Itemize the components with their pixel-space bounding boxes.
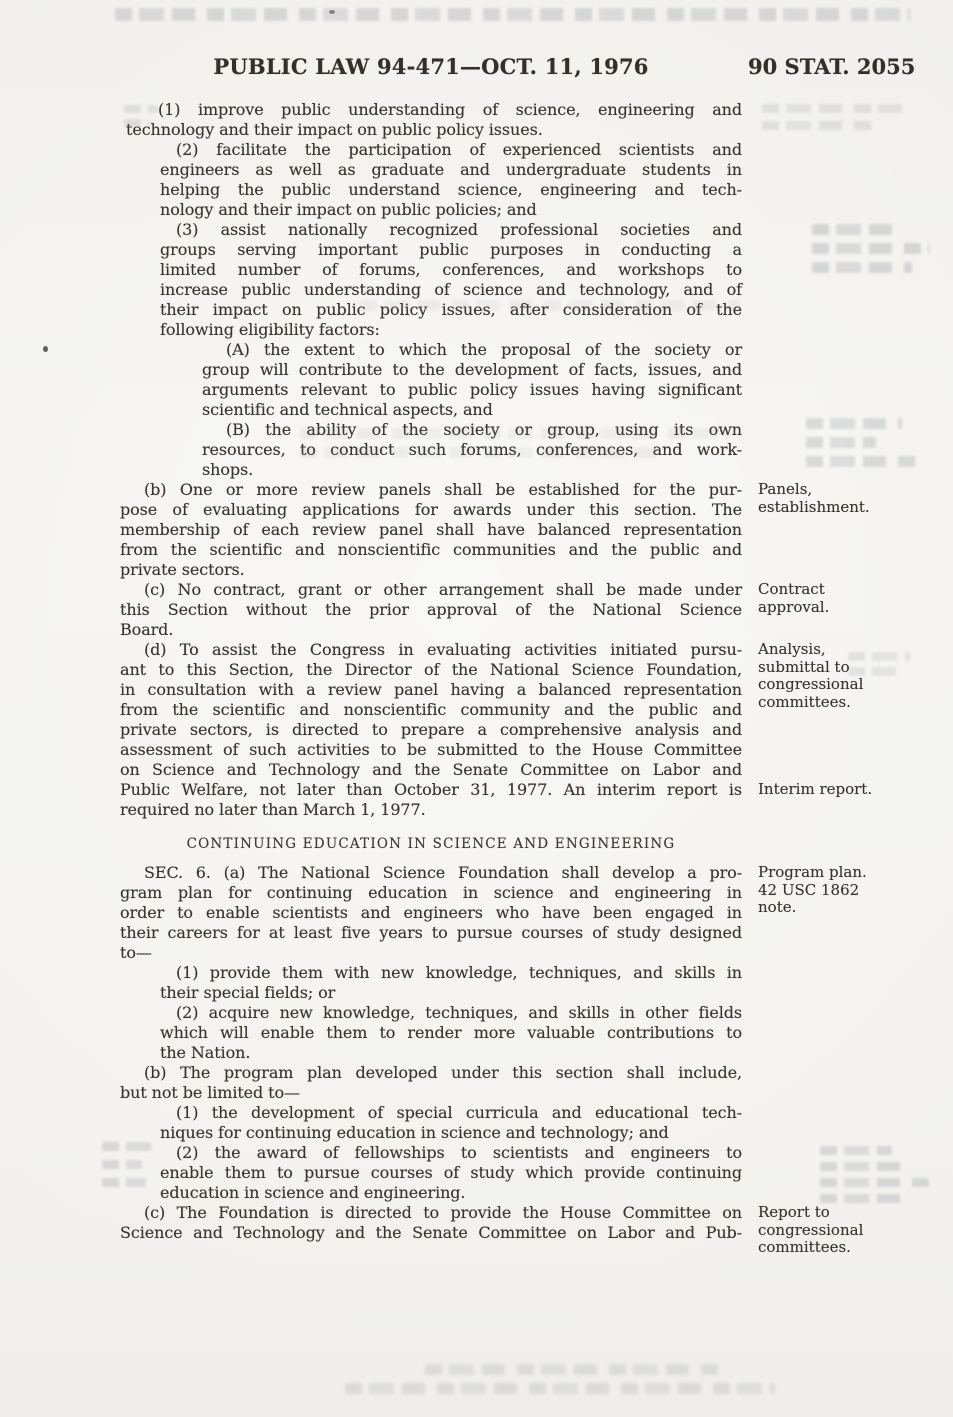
subsection-6c: (c) The Foundation is directed to provid… — [120, 1203, 742, 1243]
text-line: the Nation. — [160, 1043, 742, 1063]
margin-note: Program plan.42 USC 1862note. — [758, 864, 933, 917]
text-line: on Science and Technology and the Senate… — [120, 760, 742, 780]
bleedthrough-text-body-1 — [360, 300, 740, 319]
text-line: gram plan for continuing education in sc… — [120, 883, 742, 903]
margin-note-line: committees. — [758, 694, 933, 712]
text-line: arguments relevant to public policy issu… — [202, 380, 742, 400]
bleedthrough-text-right-margin-4 — [820, 1146, 930, 1211]
text-line: order to enable scientists and engineers… — [120, 903, 742, 923]
text-line: from the scientific and nonscientific co… — [120, 540, 742, 560]
text-line: increase public understanding of science… — [160, 280, 742, 300]
margin-note-line: establishment. — [758, 499, 933, 517]
bleedthrough-text-right-margin-1 — [812, 224, 930, 281]
text-line: pose of evaluating applications for awar… — [120, 500, 742, 520]
clause-6b-2: (2) the award of fellowships to scientis… — [160, 1143, 742, 1203]
text-line: private sectors. — [120, 560, 742, 580]
margin-note: Panels,establishment. — [758, 481, 933, 516]
text-line: to— — [120, 943, 742, 963]
text-line: Science and Technology and the Senate Co… — [120, 1223, 742, 1243]
statute-page-scan: PUBLIC LAW 94-471—OCT. 11, 1976 90 STAT.… — [0, 0, 953, 1417]
bleedthrough-text-left-margin — [102, 1142, 152, 1195]
text-line: (1) improve public understanding of scie… — [126, 100, 742, 120]
scan-speck — [329, 10, 335, 14]
text-line: which will enable them to render more va… — [160, 1023, 742, 1043]
page-title: PUBLIC LAW 94-471—OCT. 11, 1976 — [120, 54, 742, 79]
clause-6a-1: (1) provide them with new knowledge, tec… — [160, 963, 742, 1003]
bleedthrough-text-left-top — [124, 105, 158, 135]
subsection-d: (d) To assist the Congress in evaluating… — [120, 640, 742, 820]
bleedthrough-text-top — [115, 8, 910, 29]
margin-note-line: Program plan. — [758, 864, 933, 882]
bleedthrough-text-right-top — [762, 104, 902, 138]
text-line: (d) To assist the Congress in evaluating… — [120, 640, 742, 660]
text-line: (2) the award of fellowships to scientis… — [160, 1143, 742, 1163]
margin-note-line: 42 USC 1862 — [758, 882, 933, 900]
text-line: (b) The program plan developed under thi… — [120, 1063, 742, 1083]
clause-1: (1) improve public understanding of scie… — [126, 100, 742, 140]
text-line: (b) One or more review panels shall be e… — [120, 480, 742, 500]
margin-note-line: congressional — [758, 1222, 933, 1240]
text-line: their careers for at least five years to… — [120, 923, 742, 943]
text-line: (2) facilitate the participation of expe… — [160, 140, 742, 160]
text-line: engineers as well as graduate and underg… — [160, 160, 742, 180]
text-line: (2) acquire new knowledge, techniques, a… — [160, 1003, 742, 1023]
text-line: (1) the development of special curricula… — [160, 1103, 742, 1123]
margin-note-line: Panels, — [758, 481, 933, 499]
body-text-column: (1) improve public understanding of scie… — [120, 100, 742, 1243]
margin-note-line: committees. — [758, 1239, 933, 1257]
clause-6b-1: (1) the development of special curricula… — [160, 1103, 742, 1143]
text-line: (A) the extent to which the proposal of … — [202, 340, 742, 360]
text-line: assessment of such activities to be subm… — [120, 740, 742, 760]
text-line: limited number of forums, conferences, a… — [160, 260, 742, 280]
statute-citation: 90 STAT. 2055 — [748, 54, 928, 79]
text-line: from the scientific and nonscientific co… — [120, 700, 742, 720]
text-line: nology and their impact on public polici… — [160, 200, 742, 220]
margin-note: Report tocongressionalcommittees. — [758, 1204, 933, 1257]
text-line: SEC. 6. (a) The National Science Foundat… — [120, 863, 742, 883]
subclause-A: (A) the extent to which the proposal of … — [202, 340, 742, 420]
text-line: enable them to pursue courses of study w… — [160, 1163, 742, 1183]
subsection-c: (c) No contract, grant or other arrangem… — [120, 580, 742, 640]
margin-note: Contractapproval. — [758, 581, 933, 616]
text-line: required no later than March 1, 1977. — [120, 800, 742, 820]
text-line: Public Welfare, not later than October 3… — [120, 780, 742, 800]
subsection-b: (b) One or more review panels shall be e… — [120, 480, 742, 580]
clause-6a-2: (2) acquire new knowledge, techniques, a… — [160, 1003, 742, 1063]
text-line: Board. — [120, 620, 742, 640]
text-line: group will contribute to the development… — [202, 360, 742, 380]
section-heading: CONTINUING EDUCATION IN SCIENCE AND ENGI… — [120, 834, 742, 854]
text-line: (c) No contract, grant or other arrangem… — [120, 580, 742, 600]
text-line: technology and their impact on public po… — [126, 120, 742, 140]
bleedthrough-text-right-margin-3 — [848, 652, 910, 684]
text-line: groups serving important public purposes… — [160, 240, 742, 260]
clause-3: (3) assist nationally recognized profess… — [160, 220, 742, 340]
section-heading-text: CONTINUING EDUCATION IN SCIENCE AND ENGI… — [120, 834, 742, 854]
margin-note-line: Interim report. — [758, 781, 933, 799]
text-line: membership of each review panel shall ha… — [120, 520, 742, 540]
text-line: but not be limited to— — [120, 1083, 742, 1103]
text-line: (3) assist nationally recognized profess… — [160, 220, 742, 240]
text-line: helping the public understand science, e… — [160, 180, 742, 200]
text-line: this Section without the prior approval … — [120, 600, 742, 620]
margin-note-line: approval. — [758, 599, 933, 617]
text-line: their special fields; or — [160, 983, 742, 1003]
text-line: private sectors, is directed to prepare … — [120, 720, 742, 740]
text-line: ant to this Section, the Director of the… — [120, 660, 742, 680]
text-line: (c) The Foundation is directed to provid… — [120, 1203, 742, 1223]
subsection-6b: (b) The program plan developed under thi… — [120, 1063, 742, 1103]
text-line: scientific and technical aspects, and — [202, 400, 742, 420]
text-line: following eligibility factors: — [160, 320, 742, 340]
text-line: niques for continuing education in scien… — [160, 1123, 742, 1143]
text-line: education in science and engineering. — [160, 1183, 742, 1203]
text-line: (1) provide them with new knowledge, tec… — [160, 963, 742, 983]
bleedthrough-text-body-2 — [300, 428, 730, 466]
bleedthrough-text-right-margin-2 — [806, 418, 928, 475]
margin-note-line: note. — [758, 899, 933, 917]
scan-speck — [43, 346, 48, 352]
margin-note: Interim report. — [758, 781, 933, 799]
bleedthrough-text-bottom — [345, 1364, 775, 1402]
margin-note-line: Contract — [758, 581, 933, 599]
section-6a: SEC. 6. (a) The National Science Foundat… — [120, 863, 742, 963]
text-line: in consultation with a review panel havi… — [120, 680, 742, 700]
clause-2: (2) facilitate the participation of expe… — [160, 140, 742, 220]
